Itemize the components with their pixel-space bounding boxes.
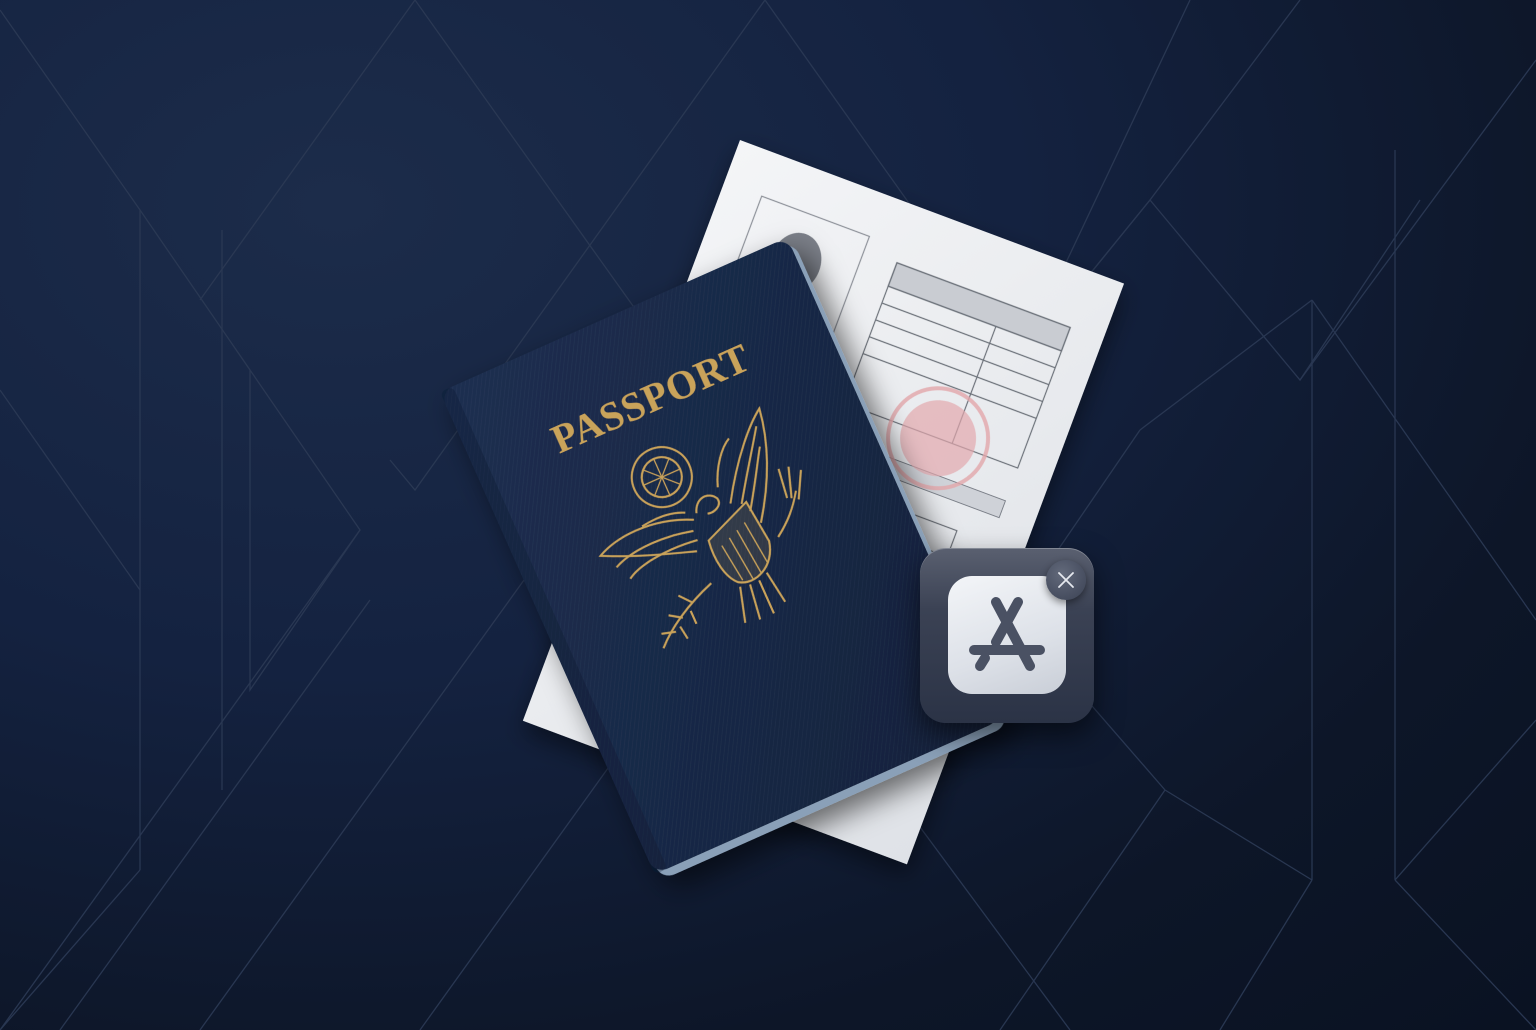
app-store-icon-card[interactable] (920, 548, 1094, 723)
close-badge-button[interactable] (1046, 560, 1086, 600)
hero-illustration: PASSPORT (0, 0, 1536, 1030)
passport-booklet: PASSPORT (0, 0, 1536, 1030)
close-icon (1046, 560, 1086, 600)
